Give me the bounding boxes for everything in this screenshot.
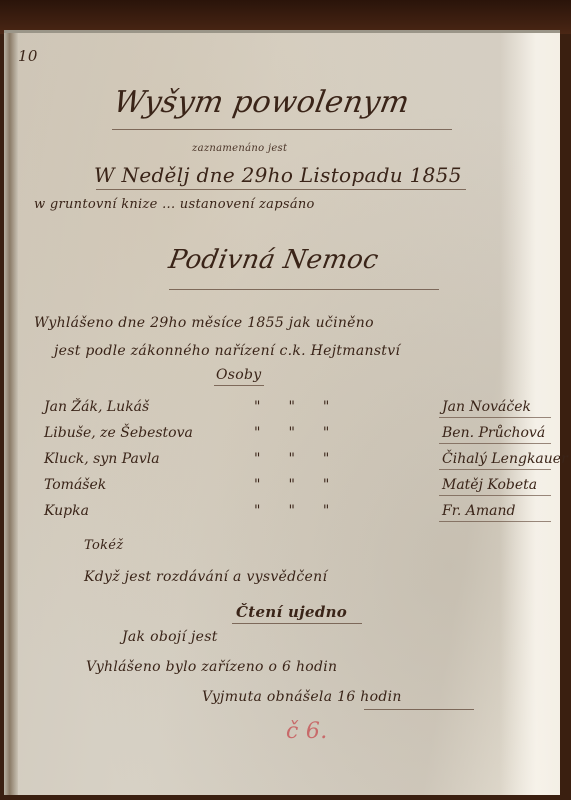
persons-underline (214, 385, 264, 386)
text-line: Vyjmuta obnášela 16 hodin (202, 689, 402, 705)
ditto-marks: """ (254, 451, 357, 467)
manuscript-page: 10 Wyšym powolenym zaznamenáno jest W Ne… (4, 30, 560, 795)
note: Tokéž (84, 538, 123, 553)
list-item: Kupka """ Fr. Amand (44, 503, 554, 527)
entry-right: Ben. Průchová (442, 425, 545, 441)
date-line: W Nedělj dne 29ho Listopadu 1855 (94, 163, 462, 187)
entry-underline (439, 443, 551, 444)
folio-number: 10 (18, 47, 38, 65)
entry-right: Fr. Amand (442, 503, 515, 519)
page-title: Wyšym powolenym (111, 85, 412, 120)
title-underline (112, 129, 452, 130)
text-line: Vyhlášeno bylo zařízeno o 6 hodin (86, 659, 337, 675)
ditto-marks: """ (254, 503, 357, 519)
entry-left: Kupka (44, 503, 89, 519)
entry-right: Čihalý Lengkauer (442, 451, 568, 467)
text-line: Jak obojí jest (122, 629, 218, 645)
persons-label: Osoby (216, 367, 261, 383)
entry-underline (439, 417, 551, 418)
intro-line-2: jest podle zákonného nařízení c.k. Hejtm… (54, 343, 400, 359)
text-line: Když jest rozdávání a vysvědčení (84, 569, 327, 585)
list-item: Libuše, ze Šebestova """ Ben. Průchová (44, 425, 554, 449)
ditto-marks: """ (254, 477, 357, 493)
entry-left: Libuše, ze Šebestova (44, 425, 193, 441)
emphasis-underline (232, 623, 362, 624)
section-heading: Podivná Nemoc (166, 245, 380, 275)
list-item: Jan Žák, Lukáš """ Jan Nováček (44, 399, 554, 423)
list-item: Tomášek """ Matěj Kobeta (44, 477, 554, 501)
list-item: Kluck, syn Pavla """ Čihalý Lengkauer (44, 451, 554, 475)
intro-line-1: Wyhlášeno dne 29ho měsíce 1855 jak učině… (34, 315, 374, 331)
heading-underline (169, 289, 439, 290)
emphasis-line: Čtení ujedno (236, 603, 347, 621)
entry-left: Kluck, syn Pavla (44, 451, 160, 467)
ditto-marks: """ (254, 399, 357, 415)
date-line-2: w gruntovní knize ... ustanovení zapsáno (34, 197, 315, 212)
red-page-number: č 6. (286, 719, 328, 744)
subtitle: zaznamenáno jest (192, 143, 287, 154)
page-left-edge (4, 33, 18, 795)
entry-right: Matěj Kobeta (442, 477, 537, 493)
closing-underline (364, 709, 474, 710)
ditto-marks: """ (254, 425, 357, 441)
entry-left: Jan Žák, Lukáš (44, 399, 149, 415)
date-underline (96, 189, 466, 190)
entry-underline (439, 521, 551, 522)
entry-right: Jan Nováček (442, 399, 531, 415)
entry-underline (439, 495, 551, 496)
entry-left: Tomášek (44, 477, 106, 493)
book-cover-edge (0, 0, 571, 34)
entry-underline (439, 469, 551, 470)
